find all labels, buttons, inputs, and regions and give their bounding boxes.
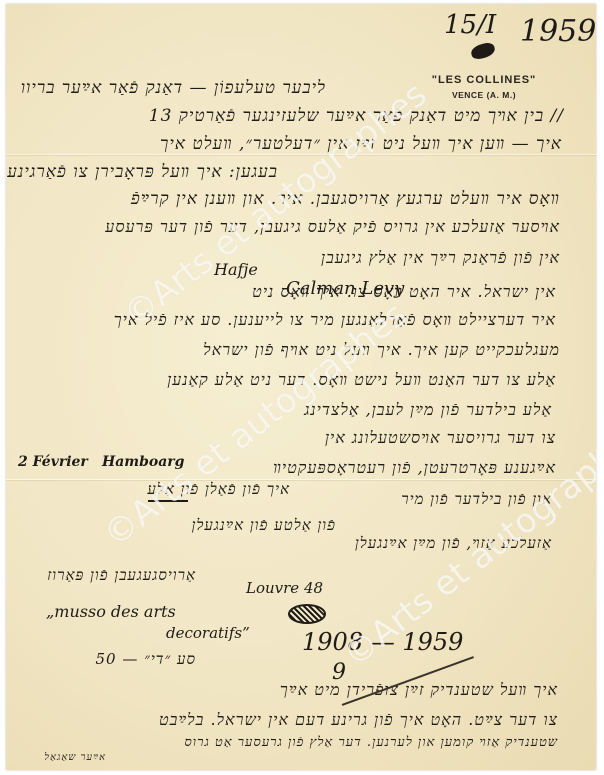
handwritten-line: בעגען: איך װעל פּראָבירן צו פֿאַרגינען —… bbox=[6, 162, 278, 182]
letterhead-place: VENCE (A. M.) bbox=[414, 90, 554, 100]
latin-fragment-exhibition-2: decoratifs” bbox=[166, 624, 250, 642]
handwritten-line: װאָס איר װעלט ערגעץ אַרויסגעבן. איר. און… bbox=[131, 189, 560, 209]
latin-fragment-exhibition: „musso des arts bbox=[46, 602, 176, 621]
handwritten-line: אַלע בילדער פֿון מײַן לעבן, אַלצדינג bbox=[304, 400, 552, 420]
paper-fold bbox=[6, 479, 596, 480]
handwritten-line: שטענדיק אַזױ קומען און לערנען. דער אַלץ … bbox=[184, 734, 558, 750]
handwritten-line: אױסער אַזעלכע אין גרויס פֿיק אַלעס גיגעב… bbox=[105, 217, 560, 237]
crossed-out-word bbox=[288, 604, 326, 624]
handwritten-line: אײַגענע פּאָרטרעטן, פֿון רעטראָספּעקטיװ bbox=[273, 458, 556, 478]
signature: אײַער שאַגאַל bbox=[44, 752, 106, 763]
handwritten-line: צו דער צײַט. האָט איך פֿון גרינע דעם אין… bbox=[159, 710, 558, 730]
letterhead-name: "LES COLLINES" bbox=[414, 74, 554, 86]
handwritten-line: איך װעל שטענדיק זײַן צופֿרידן מיט אײַך bbox=[280, 680, 558, 700]
date-day-month: 15/I bbox=[444, 10, 496, 40]
handwritten-line: סע ״די״ — 50 bbox=[96, 650, 197, 669]
paper-fold bbox=[6, 154, 596, 155]
handwritten-line: ליבער טעלעפוֹן — דאַנק פֿאַר אײַער בריוו bbox=[21, 78, 326, 98]
letter-page: 15/I 1959. "LES COLLINES" VENCE (A. M.) … bbox=[6, 4, 596, 770]
handwritten-line: פֿון אַלטע פֿון אײַנגעלן bbox=[192, 516, 336, 535]
latin-fragment-louvre: Louvre 48 bbox=[246, 579, 323, 597]
handwritten-line: צו דער גרויסער אױסשטעלונג אין bbox=[325, 428, 556, 448]
latin-fragment-date-note: 2 Février bbox=[18, 454, 88, 470]
handwritten-line: אַרויסגעגעבן פֿון פּאַרוז bbox=[47, 566, 196, 585]
handwritten-line: אין פֿון פֿראַנק רײַך אין אַלץ גיגעבן bbox=[321, 248, 560, 268]
latin-fragment-nine: 9 bbox=[332, 660, 346, 685]
letterhead: "LES COLLINES" VENCE (A. M.) bbox=[414, 74, 554, 100]
letterhead-emblem-icon bbox=[470, 41, 497, 61]
handwritten-line: אַלע צו דער האַנט װעל נישט װאָס. דער ניט… bbox=[167, 370, 556, 390]
date-year: 1959. bbox=[520, 14, 596, 49]
handwritten-line: איר דערציילט װאָס פֿאַרלאַנגען מיר צו לי… bbox=[114, 310, 556, 330]
